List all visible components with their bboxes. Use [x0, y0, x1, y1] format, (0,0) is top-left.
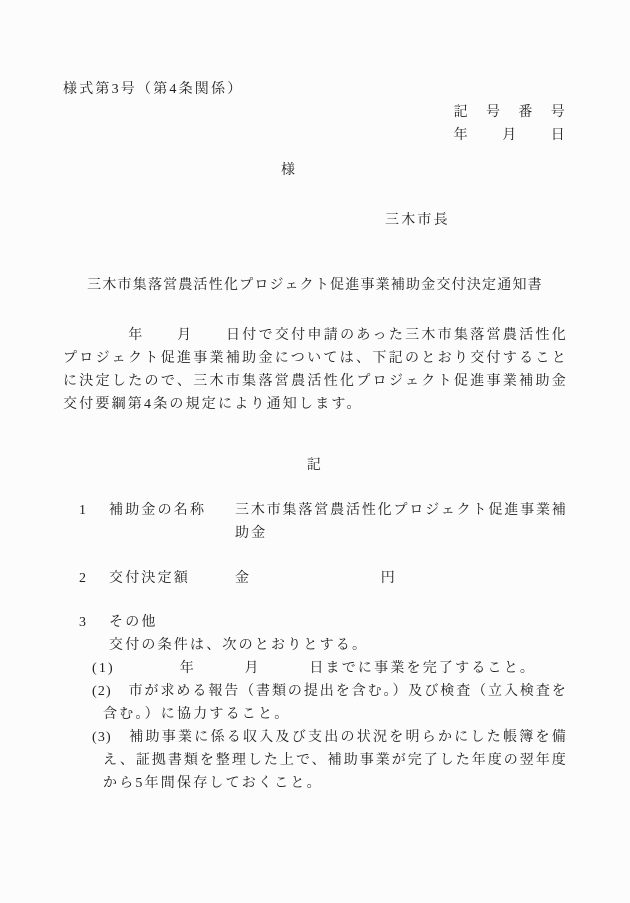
body-line: に決定したので、三木市集落営農活性化プロジェクト促進事業補助金 [63, 370, 567, 393]
sender-name: 三木市長 [63, 209, 567, 232]
item-label: 交付決定額 [109, 567, 235, 590]
condition-1-line: (1) 年 月 日までに事業を完了すること。 [63, 657, 567, 680]
condition-3-line: から5年間保存しておくこと。 [63, 772, 567, 795]
body-line: 年 月 日付で交付申請のあった三木市集落営農活性化 [63, 324, 567, 347]
condition-3-line: (3) 補助事業に係る収入及び支出の状況を明らかにした帳簿を備 [63, 726, 567, 749]
condition-3-line: え、証拠書類を整理した上で、補助事業が完了した年度の翌年度 [63, 749, 567, 772]
item-value-line: 助金 [235, 522, 567, 545]
form-number: 様式第3号（第4条関係） [63, 78, 567, 101]
reference-number-label: 記 号 番 号 [63, 101, 567, 124]
item-subsidy-name: 1 補助金の名称 三木市集落営農活性化プロジェクト促進事業補 助金 [63, 499, 567, 545]
item-value: 金 円 [235, 567, 567, 590]
item-label: その他 [109, 611, 235, 634]
document-page: 様式第3号（第4条関係） 記 号 番 号 年 月 日 様 三木市長 三木市集落営… [0, 0, 630, 903]
addressee-line: 様 [63, 159, 567, 182]
date-line: 年 月 日 [63, 124, 567, 147]
body-line: プロジェクト促進事業補助金については、下記のとおり交付すること [63, 347, 567, 370]
conditions-intro: 交付の条件は、次のとおりとする。 [63, 634, 567, 657]
item-number: 1 [79, 499, 109, 545]
condition-2-line: (2) 市が求める報告（書類の提出を含む。）及び検査（立入検査を [63, 680, 567, 703]
body-paragraph: 年 月 日付で交付申請のあった三木市集落営農活性化 プロジェクト促進事業補助金に… [63, 324, 567, 416]
document-title: 三木市集落営農活性化プロジェクト促進事業補助金交付決定通知書 [63, 274, 567, 297]
condition-2-line: 含む。）に協力すること。 [63, 703, 567, 726]
body-line: 交付要綱第4条の規定により通知します。 [63, 393, 567, 416]
item-value: 三木市集落営農活性化プロジェクト促進事業補 助金 [235, 499, 567, 545]
item-value-line: 三木市集落営農活性化プロジェクト促進事業補 [235, 499, 567, 522]
item-number: 2 [79, 567, 109, 590]
item-number: 3 [79, 611, 109, 634]
item-grant-amount: 2 交付決定額 金 円 [63, 567, 567, 590]
item-other: 3 その他 [63, 611, 567, 634]
item-label: 補助金の名称 [109, 499, 235, 545]
record-mark: 記 [63, 454, 567, 477]
